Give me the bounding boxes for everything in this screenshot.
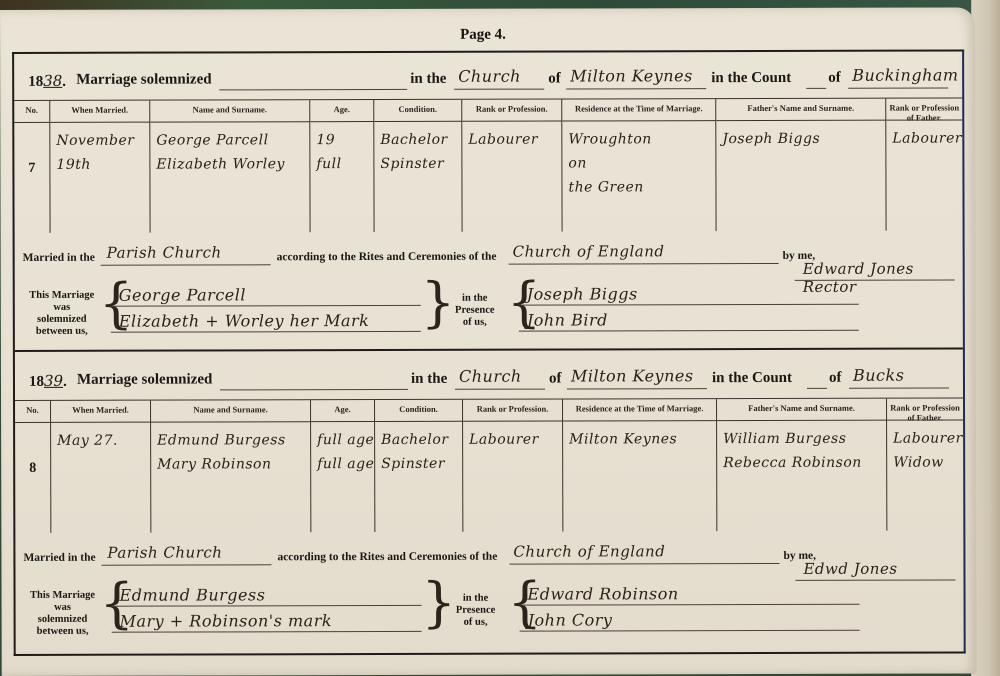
married-in-value: Parish Church <box>107 543 222 561</box>
signatures-block: This Marriagewassolemnizedbetween us, { … <box>15 273 963 345</box>
column-header: Age. <box>310 100 373 122</box>
cell-value: full age <box>317 428 368 452</box>
presence-label: in thePresenceof us, <box>446 593 506 629</box>
cell-value: Edmund Burgess <box>157 428 304 452</box>
col-name: Name and Surname.George ParcellElizabeth… <box>150 100 310 232</box>
col-father-rank: Rank or Profession of Father.Labourer <box>886 98 962 230</box>
cell-value: full <box>316 152 367 176</box>
cell-value: Mary Robinson <box>157 452 304 476</box>
col-residence: Residence at the Time of Marriage.Wrough… <box>562 99 716 231</box>
of-label: of <box>548 71 561 88</box>
party-signature-1: Edmund Burgess <box>120 585 266 604</box>
cell-value: Labourer <box>469 428 556 452</box>
entry-number: 7 <box>14 123 49 187</box>
cell-value: full age <box>317 452 368 476</box>
rites-value: Church of England <box>513 542 665 560</box>
entry-title-row: 1838. Marriage solemnized in the Church … <box>14 51 962 99</box>
column-header: Condition. <box>374 100 461 122</box>
column-header: When Married. <box>50 101 149 123</box>
rites-value: Church of England <box>513 242 665 260</box>
column-header: Rank or Profession. <box>462 100 561 122</box>
cell-value <box>892 150 956 174</box>
column-header: No. <box>14 101 49 123</box>
party-signature-1: George Parcell <box>119 285 246 304</box>
column-header: Condition. <box>375 400 462 422</box>
cell-value: Milton Keynes <box>569 427 710 451</box>
year: 1838. <box>28 72 66 91</box>
marriage-solemnized-label: Marriage solemnized <box>77 371 212 388</box>
col-age: Age.19full <box>310 100 374 232</box>
cell-value: Elizabeth Worley <box>156 152 303 176</box>
parish-value: Milton Keynes <box>571 366 694 385</box>
presence-label: in thePresenceof us, <box>445 293 505 329</box>
column-header: Rank or Profession of Father. <box>887 398 963 420</box>
married-in-label: Married in the <box>23 552 95 564</box>
column-header: When Married. <box>51 401 150 423</box>
column-header: Father's Name and Surname. <box>716 99 885 121</box>
cell-value: Spinster <box>381 452 456 476</box>
cell-value: 19th <box>56 153 143 177</box>
register-page: Page 4. 1838. Marriage solemnized in the… <box>0 7 977 676</box>
col-no: No.7 <box>14 101 50 233</box>
county-of-label: of <box>829 370 842 387</box>
building-value: Church <box>459 367 522 386</box>
building-value: Church <box>458 67 521 86</box>
col-when-married: When Married.May 27. <box>51 401 151 533</box>
cell-value: Widow <box>893 450 957 474</box>
cell-value: Bachelor <box>380 128 455 152</box>
party-signature-2: Mary + Robinson's mark <box>120 611 332 631</box>
col-father-name: Father's Name and Surname.Joseph Biggs <box>716 99 886 231</box>
rites-label: according to the Rites and Ceremonies of… <box>277 251 497 264</box>
marriage-entry: 1839. Marriage solemnized in the Church … <box>15 351 964 653</box>
witness-signature-2: John Bird <box>527 310 608 329</box>
col-name: Name and Surname.Edmund BurgessMary Robi… <box>151 400 311 532</box>
col-age: Age.full agefull age <box>311 400 375 532</box>
col-father-rank: Rank or Profession of Father.LabourerWid… <box>887 398 963 530</box>
cell-value: Wroughton <box>568 127 709 151</box>
cell-value: November <box>56 129 143 153</box>
witness-signature-1: Edward Robinson <box>528 584 679 603</box>
col-no: No.8 <box>15 401 51 533</box>
col-when-married: When Married.November19th <box>50 101 150 233</box>
cell-value: on <box>568 151 709 175</box>
column-header: Residence at the Time of Marriage. <box>562 99 715 121</box>
county-value: Bucks <box>853 366 904 385</box>
entry-table: No.8 When Married.May 27. Name and Surna… <box>15 397 963 532</box>
cell-value: George Parcell <box>156 128 303 152</box>
cell-value <box>468 152 555 176</box>
signatures-block: This Marriagewassolemnizedbetween us, { … <box>15 573 963 645</box>
county-value: Buckingham <box>852 65 958 84</box>
county-of-label: of <box>828 70 841 87</box>
cell-value: Spinster <box>380 152 455 176</box>
entry-title-row: 1839. Marriage solemnized in the Church … <box>15 351 963 399</box>
col-residence: Residence at the Time of Marriage.Milton… <box>563 399 717 531</box>
column-header: Residence at the Time of Marriage. <box>563 399 716 421</box>
cell-value: Rebecca Robinson <box>723 451 880 475</box>
entry-table: No.7 When Married.November19th Name and … <box>14 97 962 232</box>
year: 1839. <box>29 372 67 391</box>
cell-value: Labourer <box>892 126 956 150</box>
page-number: Page 4. <box>460 27 506 44</box>
cell-value: Labourer <box>468 128 555 152</box>
married-in-row: Married in the Parish Church according t… <box>15 539 963 567</box>
register-frame: 1838. Marriage solemnized in the Church … <box>12 49 966 655</box>
county-label: in the Count <box>712 370 792 387</box>
cell-value: 19 <box>316 128 367 152</box>
marriage-entry: 1838. Marriage solemnized in the Church … <box>14 51 963 351</box>
column-header: Name and Surname. <box>150 100 309 122</box>
cell-value: Labourer <box>893 426 957 450</box>
parish-value: Milton Keynes <box>570 66 693 85</box>
witness-signature-2: John Cory <box>528 610 613 629</box>
col-condition: Condition.BachelorSpinster <box>375 400 463 532</box>
col-rank: Rank or Profession.Labourer <box>463 400 563 532</box>
column-header: Father's Name and Surname. <box>717 399 886 421</box>
witness-signature-1: Joseph Biggs <box>527 284 638 303</box>
solemnized-between-label: This Marriagewassolemnizedbetween us, <box>23 290 101 338</box>
solemnized-between-label: This Marriagewassolemnizedbetween us, <box>24 590 102 638</box>
cell-value <box>722 151 879 175</box>
cell-value: William Burgess <box>723 427 880 451</box>
entry-number: 8 <box>15 423 50 487</box>
cell-value: Bachelor <box>381 428 456 452</box>
col-condition: Condition.BachelorSpinster <box>374 100 462 232</box>
rites-label: according to the Rites and Ceremonies of… <box>277 551 497 564</box>
column-header: Rank or Profession of Father. <box>886 98 962 120</box>
party-signature-2: Elizabeth + Worley her Mark <box>119 311 370 331</box>
married-in-label: Married in the <box>23 252 95 264</box>
column-header: Rank or Profession. <box>463 400 562 422</box>
col-father-name: Father's Name and Surname.William Burges… <box>717 399 887 531</box>
married-in-row: Married in the Parish Church according t… <box>15 239 963 267</box>
married-in-value: Parish Church <box>107 243 222 261</box>
of-label: of <box>549 371 562 388</box>
cell-value: Joseph Biggs <box>722 127 879 151</box>
column-header: No. <box>15 401 50 423</box>
column-header: Name and Surname. <box>151 400 310 422</box>
marriage-solemnized-label: Marriage solemnized <box>76 71 211 88</box>
county-label: in the Count <box>711 70 791 87</box>
in-the-label: in the <box>410 71 446 88</box>
col-rank: Rank or Profession.Labourer <box>462 100 562 232</box>
in-the-label: in the <box>411 371 447 388</box>
column-header: Age. <box>311 400 374 422</box>
cell-value: May 27. <box>57 429 144 453</box>
cell-value: the Green <box>568 175 709 199</box>
cell-value <box>469 452 556 476</box>
